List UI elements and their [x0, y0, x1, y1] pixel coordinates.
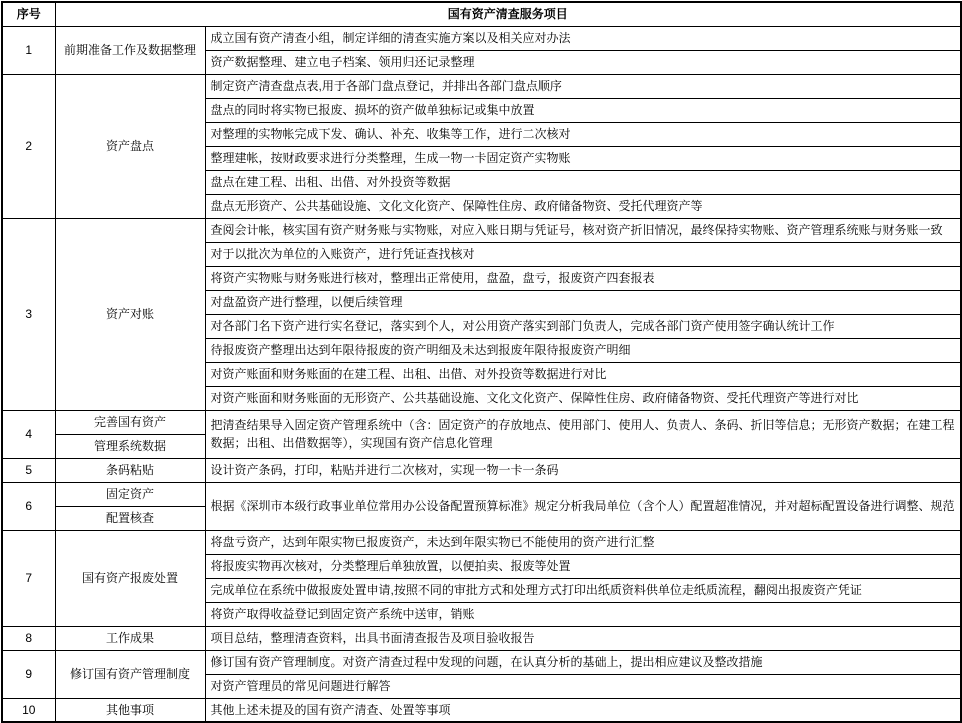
table-row: 10其他事项其他上述未提及的国有资产清查、处置等事项 — [2, 698, 961, 722]
service-item-cell: 将盘亏资产，达到年限实物已报废资产，未达到年限实物已不能使用的资产进行汇整 — [205, 530, 961, 554]
category-cell: 条码粘贴 — [55, 458, 205, 482]
service-item-cell: 修订国有资产管理制度。对资产清查过程中发现的问题，在认真分析的基础上，提出相应建… — [205, 650, 961, 674]
service-item-cell: 盘点在建工程、出租、出借、对外投资等数据 — [205, 170, 961, 194]
category-cell: 配置核查 — [55, 506, 205, 530]
service-item-cell: 其他上述未提及的国有资产清查、处置等事项 — [205, 698, 961, 722]
category-cell: 其他事项 — [55, 698, 205, 722]
service-item-cell: 对于以批次为单位的入账资产，进行凭证查找核对 — [205, 242, 961, 266]
table-body: 1前期准备工作及数据整理成立国有资产清查小组，制定详细的清查实施方案以及相关应对… — [2, 26, 961, 722]
service-item-cell: 将资产取得收益登记到固定资产系统中送审，销账 — [205, 602, 961, 626]
header-row: 序号 国有资产清查服务项目 — [2, 2, 961, 26]
category-cell: 国有资产报废处置 — [55, 530, 205, 626]
row-number-cell: 4 — [2, 410, 55, 458]
header-col-no: 序号 — [2, 2, 55, 26]
service-item-cell: 资产数据整理、建立电子档案、领用归还记录整理 — [205, 50, 961, 74]
row-number-cell: 9 — [2, 650, 55, 698]
service-item-cell: 制定资产清查盘点表,用于各部门盘点登记，并排出各部门盘点顺序 — [205, 74, 961, 98]
asset-inventory-document: 序号 国有资产清查服务项目 1前期准备工作及数据整理成立国有资产清查小组，制定详… — [0, 0, 962, 723]
table-row: 5条码粘贴设计资产条码，打印，粘贴并进行二次核对，实现一物一卡一条码 — [2, 458, 961, 482]
service-item-cell: 对盘盈资产进行整理，以便后续管理 — [205, 290, 961, 314]
service-item-cell: 成立国有资产清查小组，制定详细的清查实施方案以及相关应对办法 — [205, 26, 961, 50]
category-cell: 前期准备工作及数据整理 — [55, 26, 205, 74]
asset-inventory-service-table: 序号 国有资产清查服务项目 1前期准备工作及数据整理成立国有资产清查小组，制定详… — [1, 1, 962, 723]
category-cell: 完善国有资产 — [55, 410, 205, 434]
table-row: 8工作成果项目总结，整理清查资料，出具书面清查报告及项目验收报告 — [2, 626, 961, 650]
category-cell: 修订国有资产管理制度 — [55, 650, 205, 698]
service-item-cell: 将报废实物再次核对，分类整理后单独放置，以便拍卖、报废等处置 — [205, 554, 961, 578]
table-header: 序号 国有资产清查服务项目 — [2, 2, 961, 26]
service-item-cell: 设计资产条码，打印，粘贴并进行二次核对，实现一物一卡一条码 — [205, 458, 961, 482]
service-item-cell: 盘点无形资产、公共基础设施、文化文化资产、保障性住房、政府储备物资、受托代理资产… — [205, 194, 961, 218]
table-row: 6固定资产根据《深圳市本级行政事业单位常用办公设备配置预算标准》规定分析我局单位… — [2, 482, 961, 506]
category-cell: 管理系统数据 — [55, 434, 205, 458]
header-title: 国有资产清查服务项目 — [55, 2, 961, 26]
row-number-cell: 7 — [2, 530, 55, 626]
service-item-cell: 对资产账面和财务账面的无形资产、公共基础设施、文化文化资产、保障性住房、政府储备… — [205, 386, 961, 410]
table-row: 3资产对账查阅会计帐，核实国有资产财务账与实物账，对应入账日期与凭证号，核对资产… — [2, 218, 961, 242]
service-item-cell: 将资产实物账与财务账进行核对，整理出正常使用，盘盈，盘亏，报废资产四套报表 — [205, 266, 961, 290]
table-row: 1前期准备工作及数据整理成立国有资产清查小组，制定详细的清查实施方案以及相关应对… — [2, 26, 961, 50]
table-row: 9修订国有资产管理制度修订国有资产管理制度。对资产清查过程中发现的问题，在认真分… — [2, 650, 961, 674]
service-item-cell: 项目总结，整理清查资料，出具书面清查报告及项目验收报告 — [205, 626, 961, 650]
service-item-cell: 对整理的实物帐完成下发、确认、补充、收集等工作，进行二次核对 — [205, 122, 961, 146]
row-number-cell: 8 — [2, 626, 55, 650]
table-row: 4完善国有资产把清查结果导入固定资产管理系统中（含：固定资产的存放地点、使用部门… — [2, 410, 961, 434]
row-number-cell: 1 — [2, 26, 55, 74]
row-number-cell: 3 — [2, 218, 55, 410]
service-item-cell: 把清查结果导入固定资产管理系统中（含：固定资产的存放地点、使用部门、使用人、负责… — [205, 410, 961, 458]
row-number-cell: 2 — [2, 74, 55, 218]
category-cell: 资产对账 — [55, 218, 205, 410]
row-number-cell: 10 — [2, 698, 55, 722]
service-item-cell: 整理建帐，按财政要求进行分类整理，生成一物一卡固定资产实物账 — [205, 146, 961, 170]
service-item-cell: 对资产管理员的常见问题进行解答 — [205, 674, 961, 698]
service-item-cell: 完成单位在系统中做报废处置申请,按照不同的审批方式和处理方式打印出纸质资料供单位… — [205, 578, 961, 602]
service-item-cell: 根据《深圳市本级行政事业单位常用办公设备配置预算标准》规定分析我局单位（含个人）… — [205, 482, 961, 530]
row-number-cell: 5 — [2, 458, 55, 482]
category-cell: 工作成果 — [55, 626, 205, 650]
service-item-cell: 对各部门名下资产进行实名登记，落实到个人，对公用资产落实到部门负责人，完成各部门… — [205, 314, 961, 338]
service-item-cell: 对资产账面和财务账面的在建工程、出租、出借、对外投资等数据进行对比 — [205, 362, 961, 386]
table-row: 2资产盘点制定资产清查盘点表,用于各部门盘点登记，并排出各部门盘点顺序 — [2, 74, 961, 98]
table-row: 7国有资产报废处置将盘亏资产，达到年限实物已报废资产，未达到年限实物已不能使用的… — [2, 530, 961, 554]
service-item-cell: 查阅会计帐，核实国有资产财务账与实物账，对应入账日期与凭证号，核对资产折旧情况，… — [205, 218, 961, 242]
service-item-cell: 待报废资产整理出达到年限待报废的资产明细及未达到报废年限待报废资产明细 — [205, 338, 961, 362]
category-cell: 资产盘点 — [55, 74, 205, 218]
service-item-cell: 盘点的同时将实物已报废、损坏的资产做单独标记或集中放置 — [205, 98, 961, 122]
category-cell: 固定资产 — [55, 482, 205, 506]
row-number-cell: 6 — [2, 482, 55, 530]
